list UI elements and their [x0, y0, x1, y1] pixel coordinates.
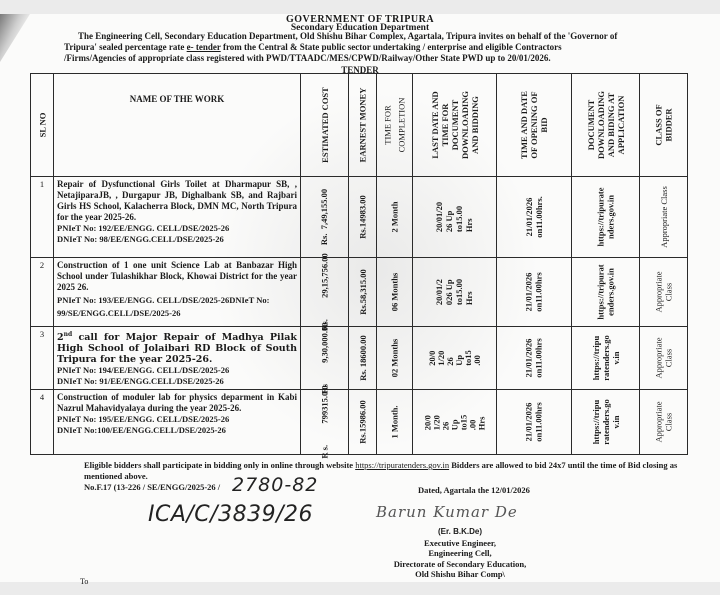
handwritten-note: ICA/C/3839/26 — [148, 502, 313, 527]
col-header-class-of-bidder: CLASS OF BIDDER — [640, 74, 688, 177]
table-header-row: SL NO NAME OF THE WORK ESTIMATED COST EA… — [31, 74, 688, 177]
row-class-of-bidder: Appropriate Class — [640, 327, 688, 390]
row-time-for-completion: 06 Months — [377, 258, 413, 327]
work-text: Repair of Dysfunctional Girls Toilet at … — [57, 179, 297, 223]
row-sl-no: 2 — [31, 258, 54, 327]
row-time-for-completion: 1 Month. — [377, 390, 413, 455]
signer-directorate: Directorate of Secondary Education, — [360, 559, 560, 570]
row-work-description: Construction of moduler lab for physics … — [54, 390, 301, 455]
row-work-description: Repair of Dysfunctional Girls Toilet at … — [54, 177, 301, 258]
dated-line: Dated, Agartala the 12/01/2026 — [418, 485, 530, 495]
row-estimated-cost: Rs. 29,15,756.00 — [301, 258, 349, 327]
row-work-description: 2nd call for Major Repair of Madhya Pila… — [54, 327, 301, 390]
table-row: 4 Construction of moduler lab for physic… — [31, 390, 688, 455]
row-document-url[interactable]: https://tripurate nders.gov.in — [572, 177, 640, 258]
row-document-url[interactable]: https://tripu ratenders.go v.in — [572, 390, 640, 455]
work-text: 2nd call for Major Repair of Madhya Pila… — [57, 329, 297, 365]
to-label: To — [80, 577, 88, 586]
row-sl-no: 3 — [31, 327, 54, 390]
row-last-date: 20/01/2 026 Up to15.00 Hrs — [413, 258, 497, 327]
col-header-time-for-completion: TIME FOR COMPLETION — [377, 74, 413, 177]
dniet-number: DNIeT No: 98/EE/ENGG.CELL/DSE/2025-26 — [57, 234, 297, 245]
work-text: Construction of moduler lab for physics … — [57, 392, 297, 414]
work-text: Construction of 1 one unit Science Lab a… — [57, 260, 297, 293]
col-header-document-downloading: DOCUMENT DOWNLOADING AND BIDING AT APPLI… — [572, 74, 640, 177]
row-earnest-money: Rs.15986.00 — [349, 390, 377, 455]
row-class-of-bidder: Appropriate Class — [640, 258, 688, 327]
col-header-opening-date: TIME AND DATE OF OPENING OF BID — [497, 74, 572, 177]
signer-title: Executive Engineer, — [360, 538, 560, 549]
pniet-number: PNIeT No: 194/EE/ENGG. CELL/DSE/2025-26 — [57, 365, 297, 376]
row-estimated-cost: R s. 799315.0 0 — [301, 390, 349, 455]
signer-name: (Er. B.K.De) — [360, 527, 560, 538]
intro-line-2-pre: Tripura' sealed percentage rate — [64, 42, 187, 52]
col-header-last-date: LAST DATE AND TIME FOR DOCUMENT DOWNLOAD… — [413, 74, 497, 177]
row-document-url[interactable]: https://tripu ratenders.go v.in — [572, 327, 640, 390]
signer-office: Engineering Cell, — [360, 548, 560, 559]
row-sl-no: 4 — [31, 390, 54, 455]
signer-address: Old Shishu Bihar Comp\ — [360, 569, 560, 580]
eligibility-notice: Eligible bidders shall participate in bi… — [84, 460, 704, 481]
row-opening-date: 21/01/2026 on11.00hrs — [497, 327, 572, 390]
handwritten-ref-number: 2780-82 — [232, 474, 318, 496]
row-estimated-cost: Rs 9,30,000.00 — [301, 327, 349, 390]
col-header-name-of-work: NAME OF THE WORK — [54, 74, 301, 177]
col-header-estimated-cost: ESTIMATED COST — [301, 74, 349, 177]
row-last-date: 20/0 1/20 26 Up to15 .00 — [413, 327, 497, 390]
intro-paragraph: The Engineering Cell, Secondary Educatio… — [64, 31, 714, 64]
intro-line-2: Tripura' sealed percentage rate e- tende… — [64, 42, 714, 53]
row-opening-date: 21/01/2026 on11.00hrs — [497, 390, 572, 455]
row-last-date: 20/0 1/20 26 Up to15 .00 Hrs — [413, 390, 497, 455]
e-tender-link: e- tender — [187, 42, 221, 52]
row-earnest-money: Rs. 18600.00 — [349, 327, 377, 390]
row-opening-date: 21/01/2026 on11.00hrs — [497, 258, 572, 327]
dniet-number: DNIeT No:100/EE/ENGG.CELL/DSE/2025-26 — [57, 425, 297, 436]
col-header-sl-no: SL NO — [31, 74, 54, 177]
row-last-date: 20/01/20 26 Up to15.00 Hrs — [413, 177, 497, 258]
pniet-number: PNIeT No: 193/EE/ENGG. CELL/DSE/2025-26D… — [57, 295, 297, 306]
dniet-number: DNIeT No: 91/EE/ENGG.CELL/DSE/2025-26 — [57, 376, 297, 387]
row-estimated-cost: Rs. 7,49,155.00 — [301, 177, 349, 258]
row-opening-date: 21/01/2026 on11.00hrs. — [497, 177, 572, 258]
tender-table: SL NO NAME OF THE WORK ESTIMATED COST EA… — [30, 73, 688, 455]
row-earnest-money: Rs.58,315.00 — [349, 258, 377, 327]
pniet-number: PNIeT No: 195/EE/ENGG. CELL/DSE/2025-26 — [57, 414, 297, 425]
table-row: 3 2nd call for Major Repair of Madhya Pi… — [31, 327, 688, 390]
reference-number: No.F.17 (13-226 / SE/ENGG/2025-26 / — [84, 482, 220, 492]
pniet-number: PNIeT No: 192/EE/ENGG. CELL/DSE/2025-26 — [57, 223, 297, 234]
row-work-description: Construction of 1 one unit Science Lab a… — [54, 258, 301, 327]
signature: Barun Kumar De — [376, 503, 518, 521]
row-sl-no: 1 — [31, 177, 54, 258]
dniet-number: 99/SE/ENGG.CELL/DSE/2025-26 — [57, 308, 297, 319]
signer-block: (Er. B.K.De) Executive Engineer, Enginee… — [360, 527, 560, 580]
row-time-for-completion: 2 Month — [377, 177, 413, 258]
tenders-website-link[interactable]: https://tripuratenders.gov.in — [355, 460, 449, 470]
row-class-of-bidder: Appropriate Class — [640, 390, 688, 455]
table-row: 1 Repair of Dysfunctional Girls Toilet a… — [31, 177, 688, 258]
row-earnest-money: Rs.14983.00 — [349, 177, 377, 258]
col-header-earnest-money: EARNEST MONEY — [349, 74, 377, 177]
row-time-for-completion: 02 Months — [377, 327, 413, 390]
intro-line-2-post: from the Central & State public sector u… — [221, 42, 562, 52]
row-class-of-bidder: Appropriate Class — [640, 177, 688, 258]
eligibility-text: Eligible bidders shall participate in bi… — [84, 460, 355, 470]
intro-line-3: /Firms/Agencies of appropriate class reg… — [64, 53, 714, 64]
row-document-url[interactable]: https://tripurat enders.gov.in — [572, 258, 640, 327]
intro-line-1: The Engineering Cell, Secondary Educatio… — [64, 31, 714, 42]
table-row: 2 Construction of 1 one unit Science Lab… — [31, 258, 688, 327]
